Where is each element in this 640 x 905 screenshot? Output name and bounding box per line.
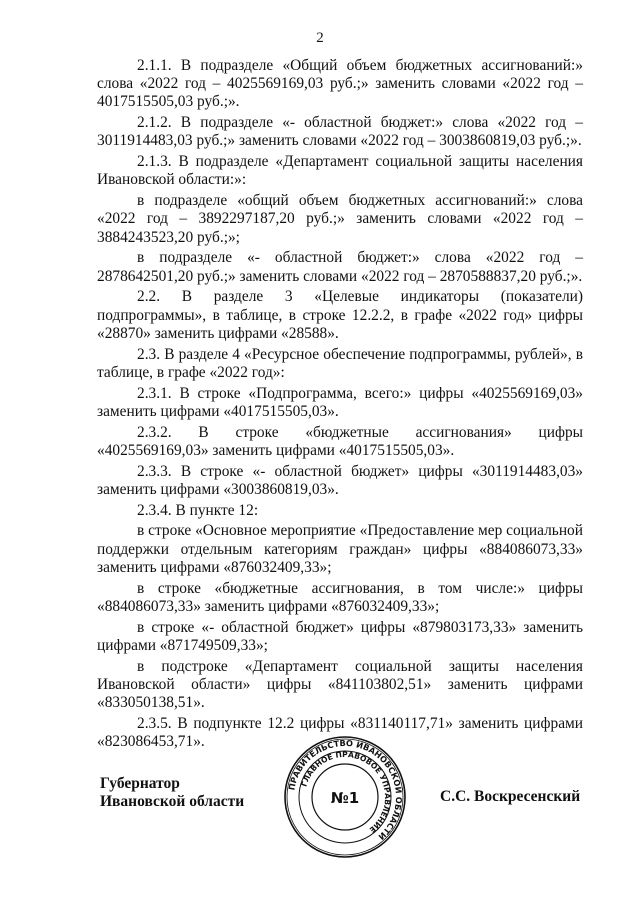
paragraph: в подразделе «общий объем бюджетных асси…	[97, 192, 583, 247]
official-seal-stamp: ПРАВИТЕЛЬСТВО ИВАНОВСКОЙ ОБЛАСТИ ГЛАВНОЕ…	[283, 735, 407, 859]
paragraph: 2.3.3. В строке «- областной бюджет» циф…	[97, 463, 583, 499]
paragraph: в строке «Основное мероприятие «Предоста…	[97, 522, 583, 577]
paragraph: 2.3.1. В строке «Подпрограмма, всего:» ц…	[97, 385, 583, 421]
paragraph: 2.3.2. В строке «бюджетные ассигнования»…	[97, 424, 583, 460]
signatory-name: С.С. Воскресенский	[440, 788, 580, 806]
paragraph: 2.1.3. В подразделе «Департамент социаль…	[97, 153, 583, 189]
paragraph: 2.2. В разделе 3 «Целевые индикаторы (по…	[97, 288, 583, 343]
paragraph: в подразделе «- областной бюджет:» слова…	[97, 249, 583, 285]
page-number: 2	[0, 30, 640, 47]
paragraph: в строке «бюджетные ассигнования, в том …	[97, 580, 583, 616]
signatory-position-line1: Губернатор	[100, 775, 244, 793]
document-body: 2.1.1. В подразделе «Общий объем бюджетн…	[97, 57, 583, 754]
paragraph: в строке «- областной бюджет» цифры «879…	[97, 619, 583, 655]
stamp-center-text: №1	[331, 789, 359, 807]
paragraph: 2.1.1. В подразделе «Общий объем бюджетн…	[97, 57, 583, 112]
signatory-position: Губернатор Ивановской области	[100, 775, 244, 811]
paragraph: 2.1.2. В подразделе «- областной бюджет:…	[97, 114, 583, 150]
signatory-position-line2: Ивановской области	[100, 793, 244, 811]
paragraph: в подстроке «Департамент социальной защи…	[97, 658, 583, 713]
paragraph: 2.3.4. В пункте 12:	[97, 502, 583, 520]
paragraph: 2.3. В разделе 4 «Ресурсное обеспечение …	[97, 346, 583, 382]
